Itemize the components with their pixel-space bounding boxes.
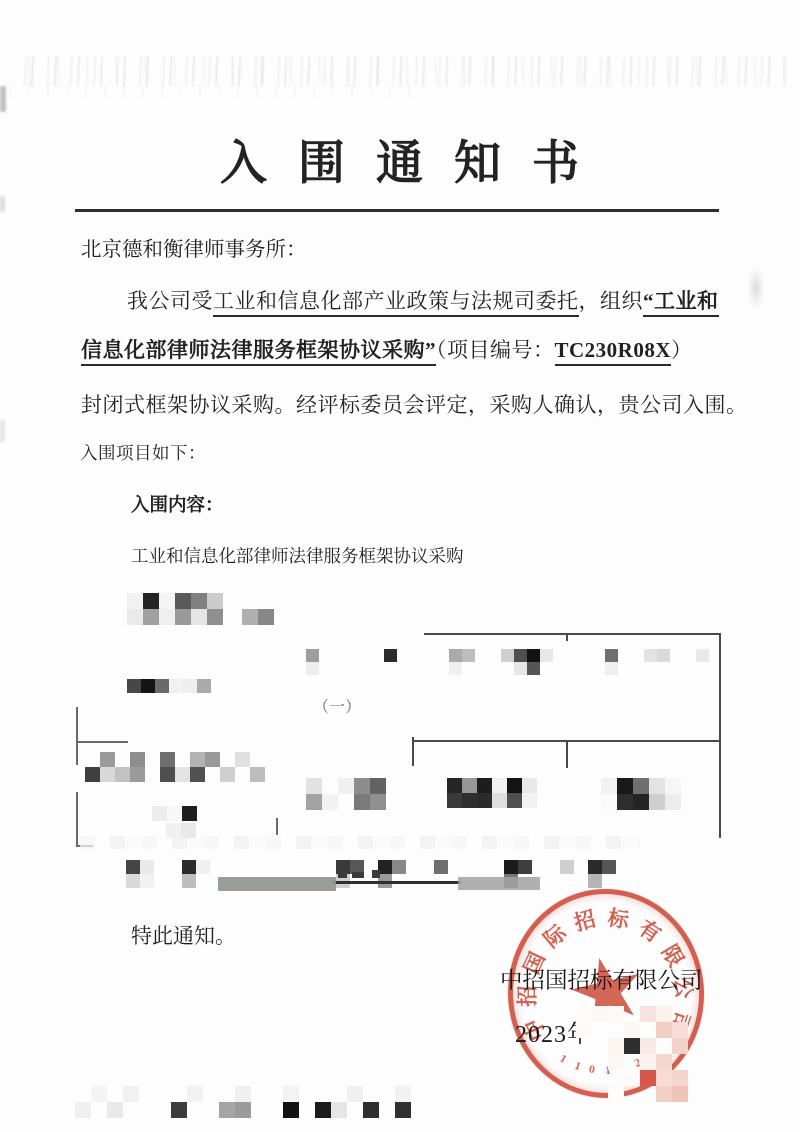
redaction-mosaic	[576, 1006, 704, 1102]
mosaic-cell	[657, 649, 670, 662]
mosaic-cell	[159, 593, 175, 609]
text-segment: ）	[671, 338, 693, 362]
mosaic-cell	[354, 778, 370, 794]
mosaic-cell	[220, 767, 235, 782]
mosaic-cell	[143, 609, 159, 625]
scan-edge-artifact	[0, 86, 6, 112]
mosaic-cell	[171, 1102, 187, 1118]
text-segment: 入围项目如下：	[80, 443, 206, 463]
mosaic-cell	[640, 1070, 656, 1086]
scan-edge-artifact	[0, 420, 5, 442]
mosaic-cell	[576, 1022, 592, 1038]
text-segment: （项目编号：	[436, 338, 555, 362]
mosaic-cell	[527, 649, 540, 662]
mosaic-cell	[85, 767, 100, 782]
mosaic-cell	[656, 1070, 672, 1086]
partial-text-mark	[338, 869, 347, 878]
mosaic-cell	[605, 662, 618, 675]
redaction-gray-bar	[458, 877, 540, 890]
signature-company-name: 中招国招标有限公司	[500, 963, 703, 995]
mosaic-cell	[462, 778, 477, 793]
mosaic-cell	[315, 1102, 331, 1118]
mosaic-cell	[235, 1086, 251, 1102]
redaction-mosaic	[152, 806, 197, 821]
mosaic-cell	[169, 679, 183, 693]
mosaic-cell	[127, 609, 143, 625]
mosaic-cell	[127, 593, 143, 609]
mosaic-cell	[392, 860, 406, 874]
mosaic-cell	[160, 767, 175, 782]
mosaic-cell	[384, 649, 397, 662]
mosaic-cell	[492, 793, 507, 808]
table-border-line	[412, 737, 414, 766]
mosaic-cell	[672, 1022, 688, 1038]
mosaic-cell	[182, 860, 196, 874]
mosaic-cell	[522, 778, 537, 793]
mosaic-cell	[449, 649, 462, 662]
mosaic-cell	[283, 1086, 299, 1102]
mosaic-cell	[363, 1102, 379, 1118]
mosaic-cell	[100, 752, 115, 767]
mosaic-cell	[477, 793, 492, 808]
mosaic-cell	[617, 794, 633, 810]
mosaic-cell	[140, 874, 154, 888]
redaction-mosaic	[75, 1086, 427, 1118]
mosaic-cell	[602, 860, 616, 874]
mosaic-cell	[370, 794, 386, 810]
mosaic-cell	[100, 767, 115, 782]
partial-text-underline	[333, 881, 461, 884]
mosaic-cell	[152, 806, 167, 821]
table-border-line	[566, 741, 568, 768]
mosaic-cell	[159, 609, 175, 625]
body-line-3: 封闭式框架协议采购。经评标委员会评定，采购人确认，贵公司入围。	[81, 389, 748, 419]
section-label: 入围内容：	[131, 491, 224, 517]
mosaic-cell	[191, 609, 207, 625]
mosaic-cell	[447, 778, 462, 793]
redaction-mosaic	[447, 778, 537, 808]
mosaic-cell	[601, 778, 617, 794]
mosaic-cell	[182, 874, 196, 888]
mosaic-cell	[183, 679, 197, 693]
mosaic-cell	[338, 778, 354, 794]
mosaic-cell	[588, 860, 602, 874]
mosaic-cell	[656, 1054, 672, 1070]
mosaic-cell	[665, 778, 681, 794]
scan-bleed-noise	[18, 56, 788, 86]
mosaic-cell	[672, 1038, 688, 1054]
mosaic-cell	[331, 1102, 347, 1118]
mosaic-cell	[696, 649, 709, 662]
text-segment: “工业和	[643, 289, 719, 317]
body-line-2: 信息化部律师法律服务框架协议采购”（项目编号：TC230R08X）	[81, 334, 693, 364]
mosaic-cell	[592, 1006, 608, 1022]
scan-bleed-noise	[0, 84, 420, 98]
text-segment: 封闭式框架协议采购。经评标委员会评定，采购人确认，贵公司入围。	[81, 393, 748, 417]
mosaic-cell	[306, 649, 319, 662]
mosaic-cell	[235, 1102, 251, 1118]
mosaic-cell	[447, 793, 462, 808]
table-border-line	[76, 707, 78, 765]
partial-section-number: （一）	[313, 694, 361, 717]
table-border-line	[566, 633, 568, 641]
mosaic-cell	[592, 1022, 608, 1038]
mosaic-cell	[644, 649, 657, 662]
mosaic-cell	[115, 767, 130, 782]
mosaic-cell	[187, 1086, 203, 1102]
mosaic-cell	[434, 860, 448, 874]
body-line-1: 我公司受工业和信息化部产业政策与法规司委托，组织“工业和	[127, 285, 719, 315]
mosaic-cell	[560, 860, 574, 874]
scanned-document-page: 入围通知书 北京德和衡律师事务所： 我公司受工业和信息化部产业政策与法规司委托，…	[0, 0, 800, 1132]
mosaic-cell	[608, 1006, 624, 1022]
mosaic-cell	[196, 860, 210, 874]
mosaic-cell	[306, 778, 322, 794]
mosaic-cell	[191, 593, 207, 609]
mosaic-cell	[205, 752, 220, 767]
text-segment: TC230R08X	[555, 338, 672, 366]
text-segment: 工业和信息化部产业政策与法规司委托	[213, 289, 579, 317]
mosaic-cell	[617, 778, 633, 794]
mosaic-cell	[624, 1038, 640, 1054]
mosaic-cell	[608, 1038, 624, 1054]
mosaic-cell	[640, 1054, 656, 1070]
mosaic-cell	[207, 609, 223, 625]
addressee-line: 北京德和衡律师事务所：	[81, 232, 307, 262]
mosaic-cell	[507, 778, 522, 793]
mosaic-cell	[322, 794, 338, 810]
mosaic-cell	[250, 767, 265, 782]
notice-closing: 特此通知。	[131, 920, 236, 950]
mosaic-cell	[126, 874, 140, 888]
mosaic-cell	[672, 1086, 688, 1102]
redaction-mosaic	[280, 649, 722, 675]
mosaic-cell	[182, 806, 197, 821]
title-divider-rule	[75, 209, 719, 212]
mosaic-cell	[167, 806, 182, 821]
mosaic-cell	[207, 593, 223, 609]
text-segment: 信息化部律师法律服务框架协议采购”	[81, 338, 436, 366]
mosaic-cell	[242, 609, 258, 625]
table-border-line	[77, 741, 128, 743]
mosaic-cell	[449, 662, 462, 675]
mosaic-cell	[219, 1102, 235, 1118]
mosaic-cell	[395, 1102, 411, 1118]
mosaic-cell	[197, 679, 211, 693]
redaction-gray-bar	[218, 877, 336, 891]
mosaic-cell	[527, 662, 540, 675]
mosaic-cell	[504, 860, 518, 874]
mosaic-cell	[175, 609, 191, 625]
mosaic-cell	[181, 823, 196, 838]
mosaic-cell	[370, 778, 386, 794]
mosaic-cell	[649, 778, 665, 794]
mosaic-cell	[649, 794, 665, 810]
scan-edge-artifact	[0, 196, 5, 212]
mosaic-cell	[130, 752, 145, 767]
mosaic-cell	[501, 649, 514, 662]
mosaic-cell	[235, 752, 250, 767]
mosaic-cell	[155, 679, 169, 693]
mosaic-cell	[656, 1022, 672, 1038]
redaction-mosaic	[166, 823, 196, 838]
mosaic-cell	[640, 1038, 656, 1054]
mosaic-cell	[175, 593, 191, 609]
mosaic-cell	[190, 767, 205, 782]
mosaic-cell	[127, 679, 141, 693]
mosaic-cell	[354, 794, 370, 810]
mosaic-cell	[160, 752, 175, 767]
mosaic-cell	[126, 860, 140, 874]
mosaic-cell	[258, 609, 274, 625]
mosaic-cell	[462, 793, 477, 808]
mosaic-cell	[640, 1006, 656, 1022]
partial-text-mark	[352, 872, 364, 878]
mosaic-cell	[462, 649, 475, 662]
mosaic-cell	[175, 767, 190, 782]
mosaic-cell	[395, 1086, 411, 1102]
mosaic-cell	[492, 778, 507, 793]
redaction-mosaic	[127, 593, 223, 625]
mosaic-cell	[608, 1086, 624, 1102]
mosaic-cell	[378, 860, 392, 874]
redaction-mosaic	[242, 609, 274, 625]
redaction-mosaic	[601, 778, 681, 810]
mosaic-cell	[140, 860, 154, 874]
mosaic-cell	[588, 874, 602, 888]
mosaic-cell	[166, 823, 181, 838]
mosaic-cell	[141, 679, 155, 693]
mosaic-cell	[347, 1086, 363, 1102]
text-segment: 我公司受	[127, 289, 213, 313]
mosaic-cell	[477, 778, 492, 793]
redaction-mosaic	[127, 679, 211, 693]
mosaic-cell	[143, 593, 159, 609]
mosaic-cell	[190, 752, 205, 767]
text-segment: ，组织	[579, 289, 644, 313]
mosaic-cell	[507, 793, 522, 808]
table-border-line	[276, 818, 278, 835]
section-content-line: 工业和信息化部律师法律服务框架协议采购	[131, 543, 464, 568]
mosaic-cell	[130, 767, 145, 782]
mosaic-cell	[624, 1070, 640, 1086]
mosaic-cell	[514, 662, 527, 675]
redaction-mosaic	[85, 752, 265, 782]
partial-text-mark	[372, 870, 380, 878]
mosaic-cell	[514, 649, 527, 662]
mosaic-cell	[91, 1086, 107, 1102]
scan-smudge-artifact	[748, 266, 764, 310]
mosaic-cell	[656, 1086, 672, 1102]
mosaic-cell	[633, 778, 649, 794]
document-title: 入围通知书	[15, 126, 800, 193]
mosaic-cell	[601, 794, 617, 810]
mosaic-cell	[624, 1022, 640, 1038]
mosaic-cell	[306, 662, 319, 675]
mosaic-cell	[306, 794, 322, 810]
mosaic-cell	[633, 794, 649, 810]
mosaic-cell	[123, 1086, 139, 1102]
mosaic-cell	[576, 1006, 592, 1022]
redaction-mosaic-faint-row	[80, 836, 640, 849]
mosaic-cell	[518, 860, 532, 874]
mosaic-cell	[656, 1006, 672, 1022]
mosaic-cell	[605, 649, 618, 662]
mosaic-cell	[75, 1102, 91, 1118]
mosaic-cell	[672, 1070, 688, 1086]
mosaic-cell	[608, 1054, 624, 1070]
table-border-line	[76, 792, 78, 847]
mosaic-cell	[283, 1102, 299, 1118]
mosaic-cell	[592, 1038, 608, 1054]
table-border-line	[424, 633, 720, 635]
mosaic-cell	[107, 1102, 123, 1118]
body-line-4: 入围项目如下：	[80, 440, 206, 465]
mosaic-cell	[540, 649, 553, 662]
redaction-mosaic	[306, 778, 386, 810]
mosaic-cell	[522, 793, 537, 808]
mosaic-cell	[665, 794, 681, 810]
